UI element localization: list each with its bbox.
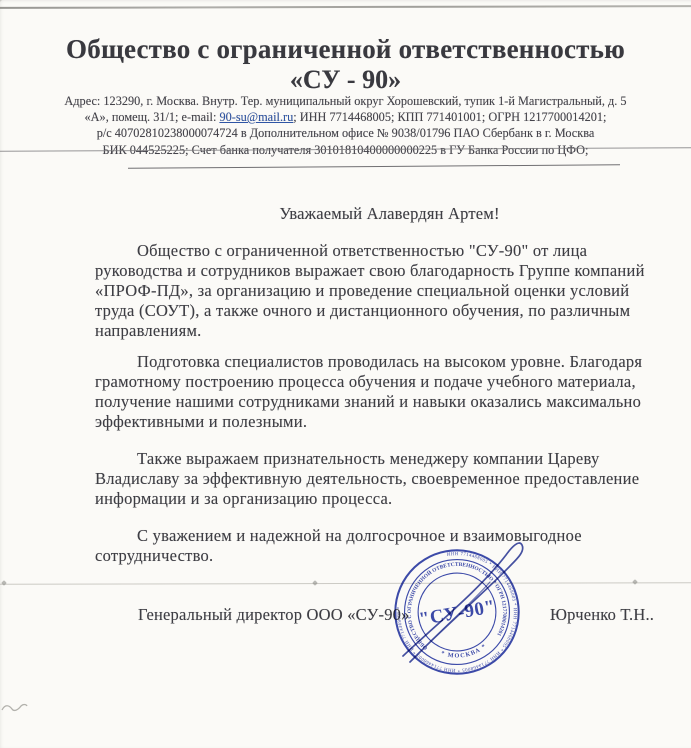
paragraph-line: информации и за организацию процесса. bbox=[95, 489, 655, 509]
scan-speck bbox=[312, 580, 318, 586]
address-line-2: «А», помещ. 31/1; e-mail: 90-su@mail.ru;… bbox=[25, 109, 666, 125]
paragraph-line: труда (СОУТ), а также очного и дистанцио… bbox=[95, 301, 655, 321]
scan-artifact-squiggle bbox=[0, 698, 40, 718]
address-line-2-suffix: ; ИНН 7714468005; КПП 771401001; ОГРН 12… bbox=[293, 110, 606, 124]
pen-signature bbox=[340, 520, 590, 690]
paragraph-training-quality: Подготовка специалистов проводилась на в… bbox=[95, 352, 655, 432]
letterhead-org-type: Общество с ограниченной ответственностью bbox=[0, 34, 691, 65]
paragraph-gratitude: Общество с ограниченной ответственностью… bbox=[95, 241, 655, 341]
email-link[interactable]: 90-su@mail.ru bbox=[219, 110, 293, 124]
paragraph-line: Также выражаем признательность менеджеру… bbox=[95, 449, 655, 469]
address-line-3: р/с 40702810238000074724 в Дополнительно… bbox=[25, 125, 666, 141]
letterhead-org-name: «СУ - 90» bbox=[0, 65, 691, 95]
scanned-letter-page: Общество с ограниченной ответственностью… bbox=[0, 0, 691, 748]
scan-artifact-corner bbox=[0, 0, 38, 5]
paragraph-line: руководства и сотрудников выражает свою … bbox=[95, 261, 655, 281]
paragraph-line: направлениям. bbox=[95, 321, 655, 341]
scan-speck bbox=[632, 579, 638, 585]
letterhead-divider-line bbox=[128, 164, 620, 169]
paragraph-line: получение нашими сотрудниками знаний и н… bbox=[95, 392, 655, 412]
paragraph-manager-thanks: Также выражаем признательность менеджеру… bbox=[95, 449, 655, 509]
paragraph-line: Владиславу за эффективную деятельность, … bbox=[95, 469, 655, 489]
address-line-1: Адрес: 123290, г. Москва. Внутр. Тер. му… bbox=[25, 93, 666, 109]
paragraph-line: Общество с ограниченной ответственностью… bbox=[95, 241, 655, 261]
address-line-2-prefix: «А», помещ. 31/1; e-mail: bbox=[85, 110, 220, 124]
scan-speck bbox=[1, 580, 7, 586]
paragraph-line: грамотному построению процесса обучения … bbox=[95, 372, 655, 392]
greeting-line: Уважаемый Алавердян Артем! bbox=[117, 204, 662, 224]
paragraph-line: «ПРОФ-ПД», за организацию и проведение с… bbox=[95, 281, 655, 301]
paragraph-line: Подготовка специалистов проводилась на в… bbox=[95, 352, 655, 372]
paragraph-line: эффективными и полезными. bbox=[95, 412, 655, 432]
scan-artifact-top-line bbox=[0, 5, 691, 9]
